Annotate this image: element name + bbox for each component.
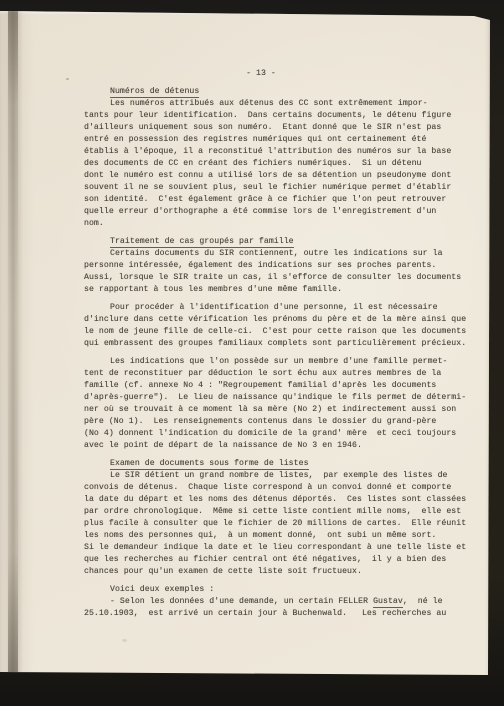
- paragraph: Le SIR détient un grand nombre de listes…: [84, 470, 476, 578]
- example-line: - Selon les données d'une demande, un ce…: [84, 596, 476, 620]
- section-heading: Traitement de cas groupés par famille: [84, 236, 476, 248]
- section-heading-text: Examen de documents sous forme de listes: [110, 459, 309, 470]
- paragraph: Certains documents du SIR contiennent, o…: [84, 248, 476, 296]
- paper-speck: [122, 639, 127, 642]
- paragraph: Les numéros attribués aux détenus des CC…: [84, 98, 476, 230]
- section-heading-text: Numéros de détenus: [110, 87, 199, 98]
- paper-speck: [66, 78, 69, 80]
- section-heading: Examen de documents sous forme de listes: [84, 458, 476, 470]
- paragraph: Pour procéder à l'identification d'une p…: [84, 302, 476, 350]
- examples-intro: Voici deux exemples :: [84, 584, 476, 596]
- page-number: - 13 -: [84, 68, 476, 80]
- photo-background: - 13 - Numéros de détenus Les numéros at…: [0, 0, 504, 706]
- section-heading-text: Traitement de cas groupés par famille: [110, 237, 294, 248]
- paper-top-edge-highlight: [0, 11, 492, 15]
- page-fold-crease: [8, 11, 18, 687]
- section-heading: Numéros de détenus: [84, 86, 476, 98]
- page-content: - 13 - Numéros de détenus Les numéros at…: [84, 68, 476, 620]
- section-numeros-de-detenus: Numéros de détenus Les numéros attribués…: [84, 86, 476, 230]
- section-traitement-famille: Traitement de cas groupés par famille Ce…: [84, 236, 476, 452]
- section-examen-listes: Examen de documents sous forme de listes…: [84, 458, 476, 578]
- underlined-name: Gustav: [373, 597, 403, 608]
- example-text-pre: - Selon les données d'une demande, un ce…: [110, 597, 373, 606]
- document-page: - 13 - Numéros de détenus Les numéros at…: [0, 11, 492, 687]
- examples-block: Voici deux exemples : - Selon les donnée…: [84, 584, 476, 620]
- under-page-edge: [0, 677, 492, 687]
- paragraph: Les indications que l'on possède sur un …: [84, 356, 476, 452]
